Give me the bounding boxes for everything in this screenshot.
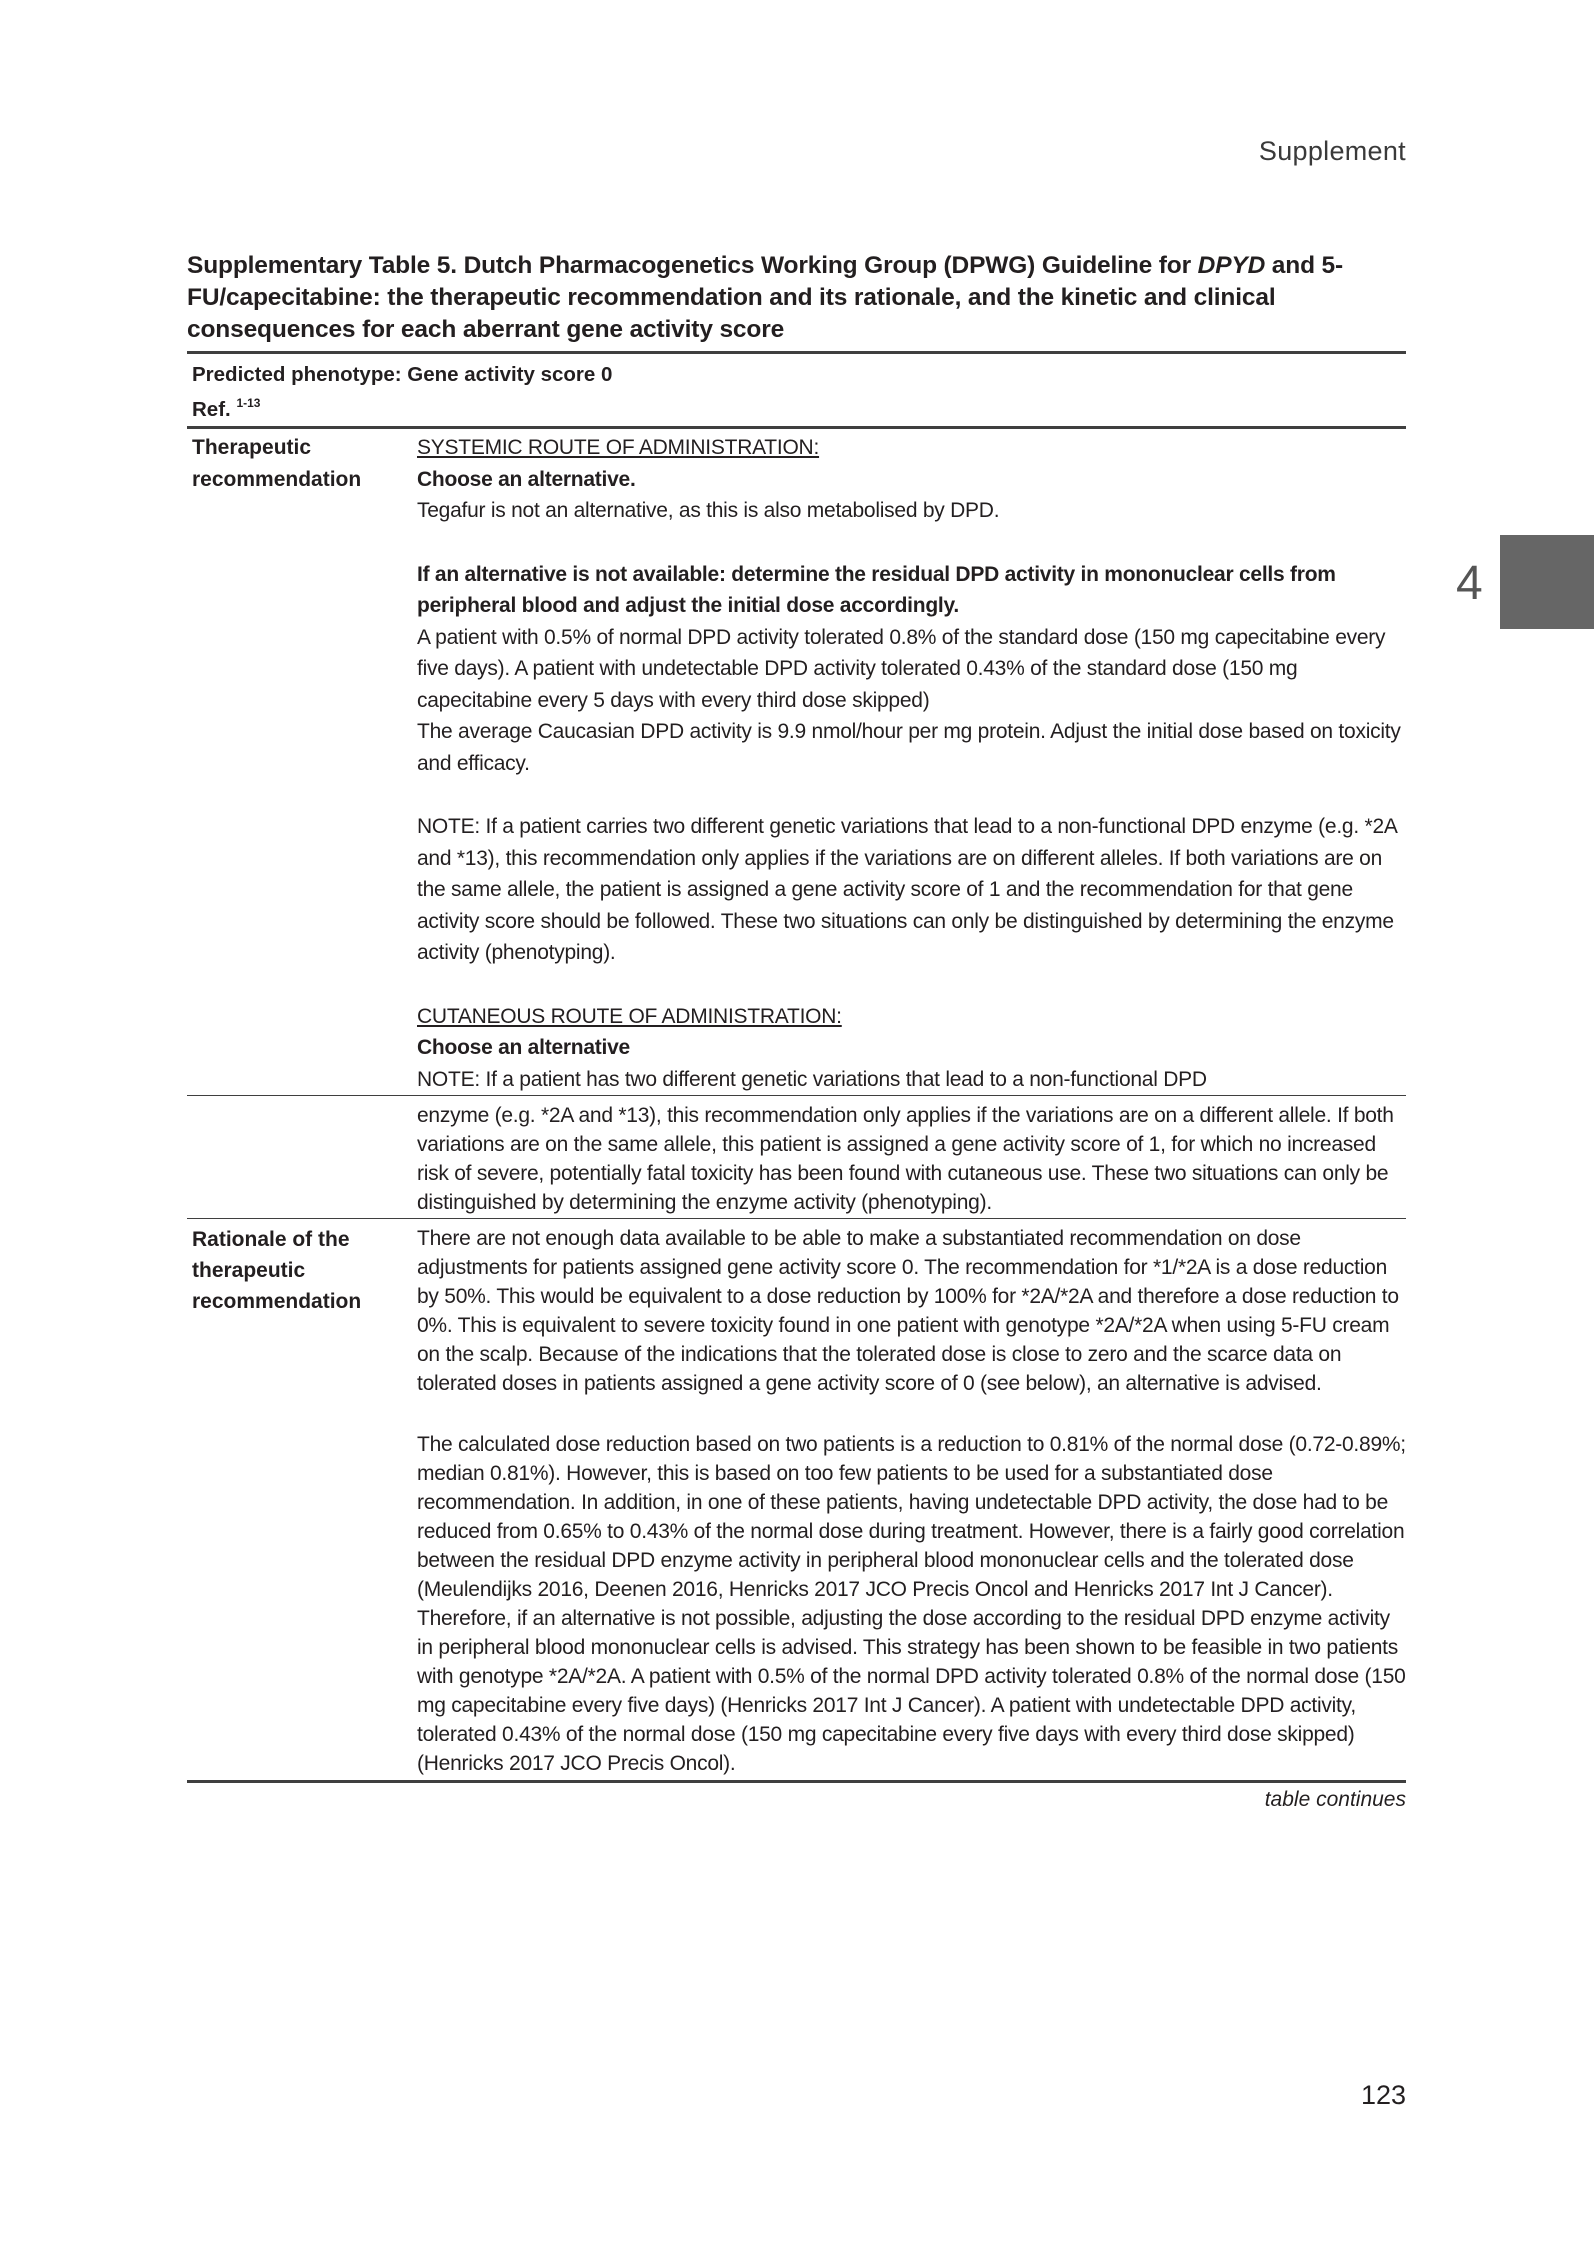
average-activity: The average Caucasian DPD activity is 9.… <box>417 716 1406 779</box>
cutaneous-heading: CUTANEOUS ROUTE OF ADMINISTRATION: <box>417 1001 1406 1033</box>
row-content: There are not enough data available to b… <box>417 1224 1406 1778</box>
row-therapeutic-recommendation: Therapeutic recommendation SYSTEMIC ROUT… <box>187 429 1406 1095</box>
table-title-prefix: Supplementary Table 5. Dutch Pharmacogen… <box>187 252 1198 279</box>
phenotype-label: Predicted phenotype: Gene activity score… <box>192 361 1401 389</box>
cutaneous-note-start: NOTE: If a patient has two different gen… <box>417 1064 1406 1096</box>
tegafur-note: Tegafur is not an alternative, as this i… <box>417 495 1406 527</box>
table-bottom-rule <box>187 1780 1406 1783</box>
ref-superscript: 1-13 <box>236 396 260 410</box>
systemic-choice: Choose an alternative. <box>417 464 1406 496</box>
cutaneous-note-continued: enzyme (e.g. *2A and *13), this recommen… <box>417 1101 1406 1217</box>
table-title-gene: DPYD <box>1198 252 1265 279</box>
chapter-number: 4 <box>1456 556 1483 611</box>
systemic-heading: SYSTEMIC ROUTE OF ADMINISTRATION: <box>417 432 1406 464</box>
row-rationale: Rationale of the therapeutic recommendat… <box>187 1219 1406 1780</box>
patient-examples: A patient with 0.5% of normal DPD activi… <box>417 622 1406 717</box>
ref-label: Ref. <box>192 398 231 421</box>
row-label: Rationale of the therapeutic recommendat… <box>187 1224 417 1778</box>
row-content: enzyme (e.g. *2A and *13), this recommen… <box>417 1101 1406 1217</box>
row-label: Therapeutic recommendation <box>187 432 417 1095</box>
rationale-paragraph-2: The calculated dose reduction based on t… <box>417 1430 1406 1778</box>
chapter-tab-marker <box>1500 535 1594 629</box>
rationale-paragraph-1: There are not enough data available to b… <box>417 1224 1406 1398</box>
table-title: Supplementary Table 5. Dutch Pharmacogen… <box>187 250 1406 346</box>
systemic-note: NOTE: If a patient carries two different… <box>417 811 1406 969</box>
reference-line: Ref. 1-13 <box>192 389 1401 424</box>
supplementary-table: Supplementary Table 5. Dutch Pharmacogen… <box>187 250 1406 1815</box>
cutaneous-choice: Choose an alternative <box>417 1032 1406 1064</box>
phenotype-header: Predicted phenotype: Gene activity score… <box>187 354 1406 426</box>
row-content: SYSTEMIC ROUTE OF ADMINISTRATION: Choose… <box>417 432 1406 1095</box>
running-head: Supplement <box>1259 136 1406 167</box>
table-continues-label: table continues <box>187 1785 1406 1815</box>
row-continuation: enzyme (e.g. *2A and *13), this recommen… <box>187 1096 1406 1218</box>
if-not-available: If an alternative is not available: dete… <box>417 559 1406 622</box>
page-number: 123 <box>1361 2080 1406 2111</box>
row-label-empty <box>187 1101 417 1217</box>
